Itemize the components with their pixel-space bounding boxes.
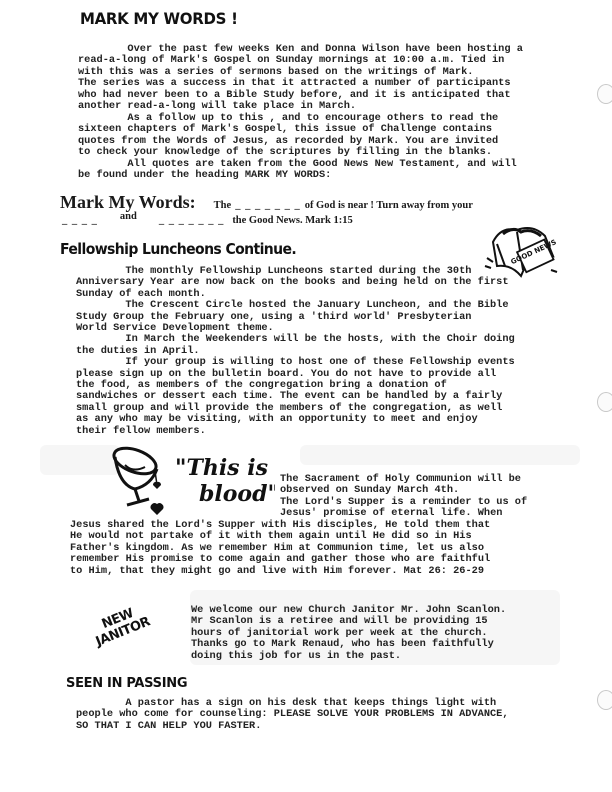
mark-my-words-intro: Over the past few weeks Ken and Donna Wi…: [78, 44, 523, 112]
quote-blank: _ _ _ _ _ _ _: [159, 215, 225, 226]
janitor-text: We welcome our new Church Janitor Mr. Jo…: [191, 605, 506, 662]
seen-in-passing-text: A pastor has a sign on his desk that kee…: [76, 698, 509, 732]
chalice-icon: "This is My blood": [105, 445, 275, 523]
hole-punch: [597, 690, 612, 710]
quote-text: the Good News. Mark 1:15: [232, 215, 352, 226]
communion-side-text: The Sacrament of Holy Communion will be …: [280, 474, 527, 520]
svg-text:"This is My: "This is My: [175, 455, 275, 481]
new-janitor-stamp: NEW JANITOR: [89, 602, 152, 649]
newsletter-page: MARK MY WORDS ! Over the past few weeks …: [0, 0, 612, 792]
hole-punch: [597, 84, 612, 104]
communion-body: Jesus shared the Lord's Supper with His …: [70, 520, 490, 577]
mark-my-words-followup: As a follow up to this , and to encourag…: [78, 113, 517, 181]
section-heading-fellowship: Fellowship Luncheons Continue.: [60, 242, 296, 259]
svg-text:blood": blood": [199, 481, 275, 507]
quote-text: and: [120, 211, 137, 222]
section-heading-mark-my-words: MARK MY WORDS !: [80, 10, 238, 29]
hole-punch: [597, 392, 612, 412]
quote-blank: _ _ _ _: [62, 215, 98, 226]
fellowship-body: The monthly Fellowship Luncheons started…: [76, 266, 515, 437]
scan-shadow: [300, 445, 580, 465]
section-heading-seen-in-passing: SEEN IN PASSING: [66, 676, 187, 692]
quote-label: Mark My Words:: [60, 192, 196, 212]
